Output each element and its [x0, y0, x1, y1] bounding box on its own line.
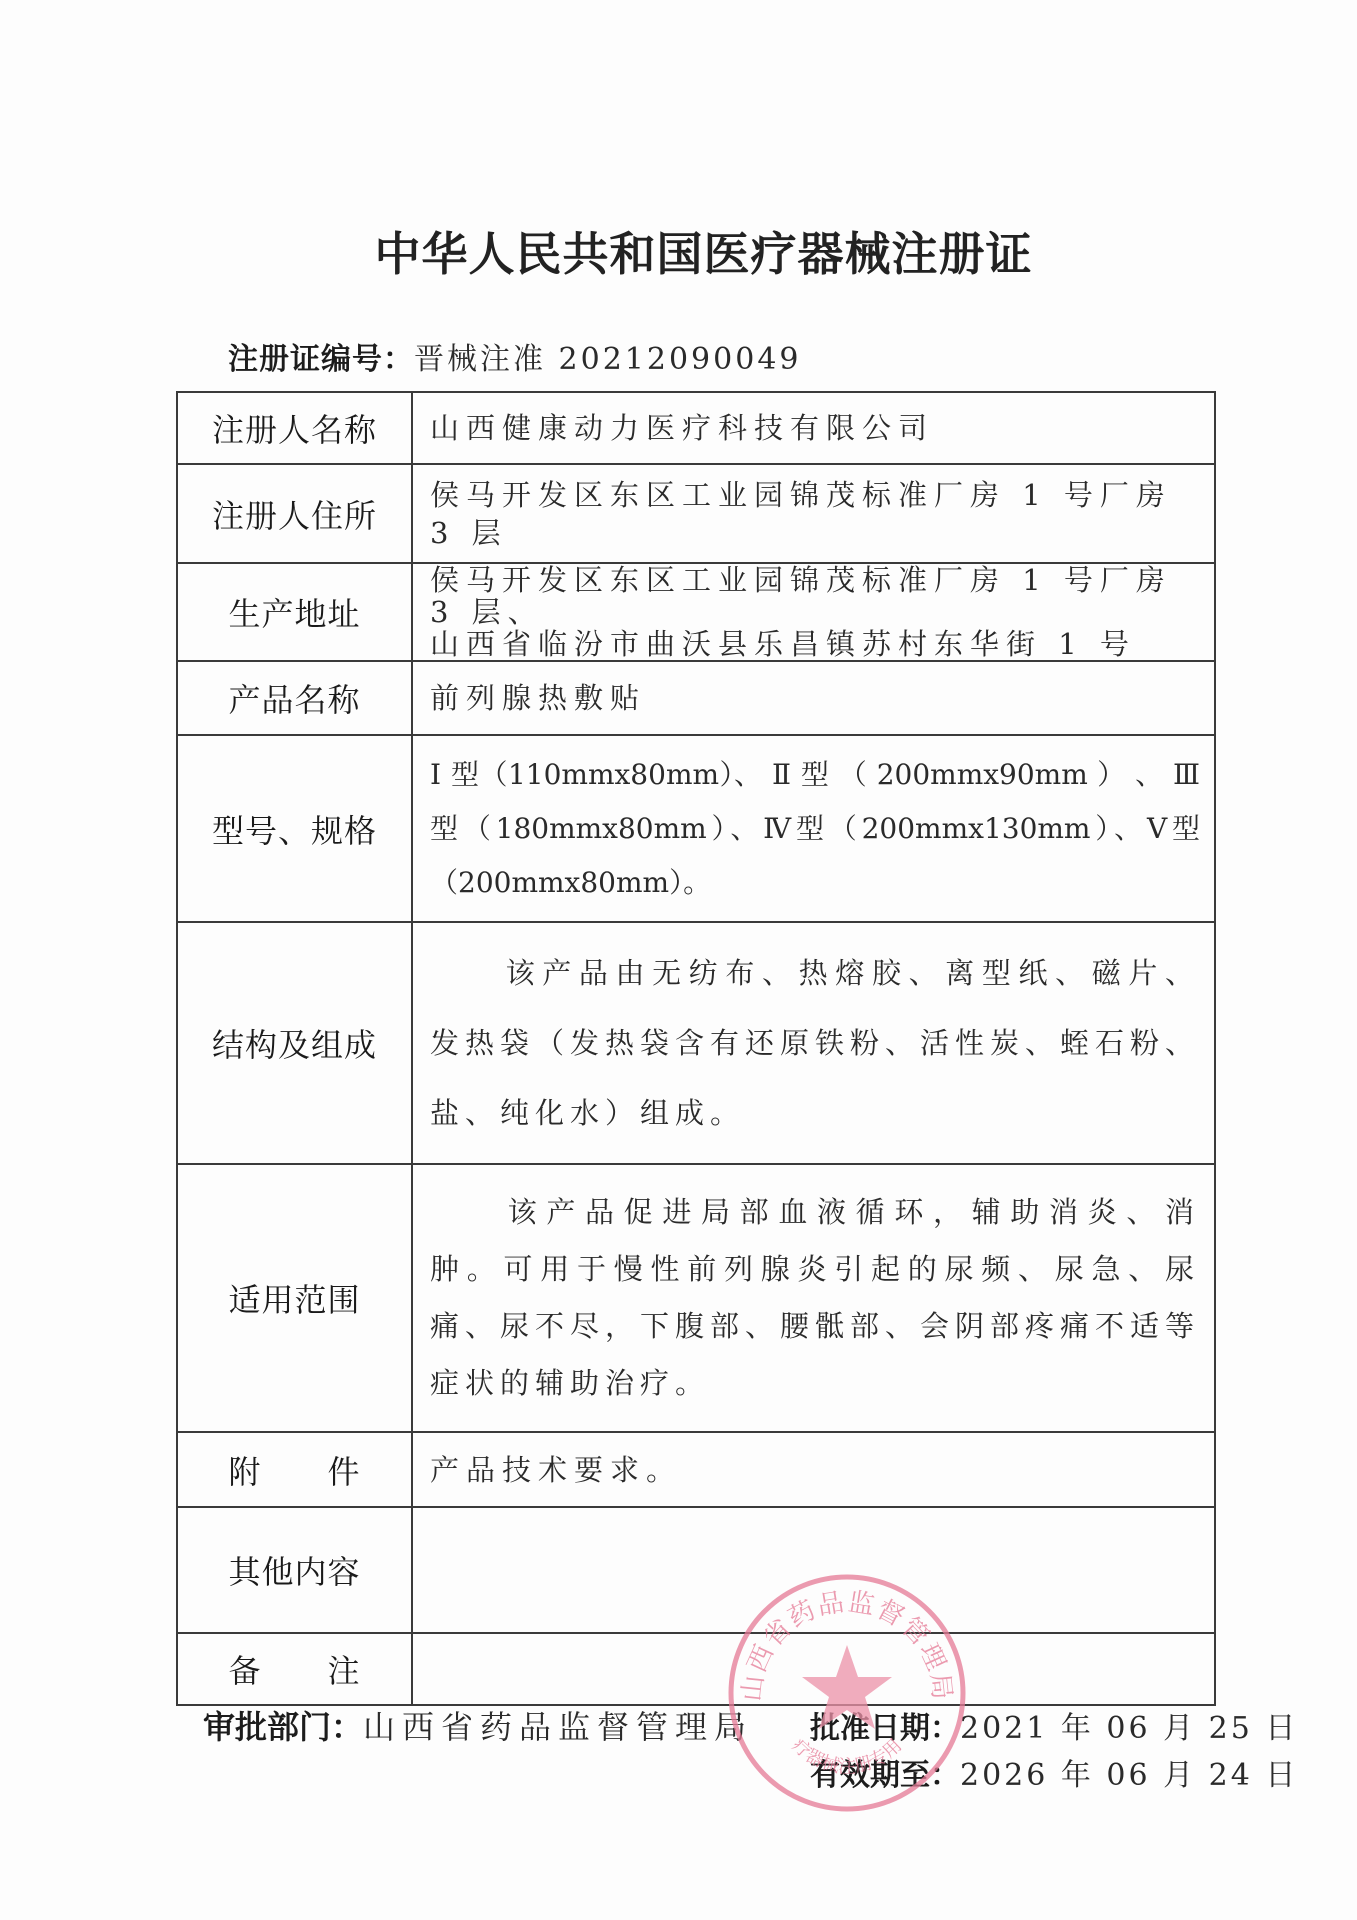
- row-label: 生产地址: [177, 563, 412, 661]
- registration-number: 注册证编号：晋械注准 20212090049: [228, 334, 802, 378]
- row-label: 型号、规格: [177, 735, 412, 922]
- approval-department-value: 山西省药品监督管理局: [363, 1708, 753, 1746]
- product-name-value: 前列腺热敷贴: [412, 661, 1215, 735]
- scope-of-application-value: 该产品促进局部血液循环，辅助消炎、消肿。可用于慢性前列腺炎引起的尿频、尿急、尿痛…: [412, 1164, 1215, 1432]
- attachment-value: 产品技术要求。: [412, 1432, 1215, 1507]
- approval-department-label: 审批部门：: [203, 1708, 363, 1746]
- approval-date-label: 批准日期：: [810, 1711, 960, 1746]
- certificate-page: 中华人民共和国医疗器械注册证 注册证编号：晋械注准 20212090049 注册…: [0, 0, 1357, 1920]
- row-label: 注册人住所: [177, 464, 412, 563]
- approval-department: 审批部门：山西省药品监督管理局: [203, 1702, 753, 1748]
- registrant-address-value: 侯马开发区东区工业园锦茂标准厂房 1 号厂房 3 层: [412, 464, 1215, 563]
- table-row: 附 件 产品技术要求。: [177, 1432, 1215, 1507]
- table-row: 其他内容: [177, 1507, 1215, 1633]
- row-label: 产品名称: [177, 661, 412, 735]
- table-row: 备 注: [177, 1633, 1215, 1705]
- table-row: 产品名称 前列腺热敷贴: [177, 661, 1215, 735]
- certificate-table: 注册人名称 山西健康动力医疗科技有限公司 注册人住所 侯马开发区东区工业园锦茂标…: [176, 391, 1216, 1706]
- scope-of-application-text: 该产品促进局部血液循环，辅助消炎、消肿。可用于慢性前列腺炎引起的尿频、尿急、尿痛…: [430, 1195, 1200, 1400]
- expiry-date-label: 有效期至：: [810, 1758, 960, 1793]
- approval-date-value: 2021 年 06 月 25 日: [960, 1711, 1298, 1746]
- table-row: 注册人住所 侯马开发区东区工业园锦茂标准厂房 1 号厂房 3 层: [177, 464, 1215, 563]
- table-row: 型号、规格 Ⅰ 型（110mmx80mm）、 Ⅱ 型 （ 200mmx90mm …: [177, 735, 1215, 922]
- expiry-date-value: 2026 年 06 月 24 日: [960, 1758, 1298, 1793]
- row-label: 结构及组成: [177, 922, 412, 1164]
- document-title: 中华人民共和国医疗器械注册证: [0, 218, 1357, 284]
- expiry-date: 有效期至：2026 年 06 月 24 日: [810, 1750, 1298, 1794]
- production-address-line: 山西省临汾市曲沃县乐昌镇苏村东华街 1 号: [430, 628, 1200, 660]
- table-row: 适用范围 该产品促进局部血液循环，辅助消炎、消肿。可用于慢性前列腺炎引起的尿频、…: [177, 1164, 1215, 1432]
- structure-composition-value: 该产品由无纺布、热熔胶、离型纸、磁片、发热袋（发热袋含有还原铁粉、活性炭、蛭石粉…: [412, 922, 1215, 1164]
- table-row: 注册人名称 山西健康动力医疗科技有限公司: [177, 392, 1215, 464]
- remarks-value: [412, 1633, 1215, 1705]
- structure-composition-text: 该产品由无纺布、热熔胶、离型纸、磁片、发热袋（发热袋含有还原铁粉、活性炭、蛭石粉…: [430, 956, 1200, 1130]
- production-address-line: 侯马开发区东区工业园锦茂标准厂房 1 号厂房 3 层、: [430, 564, 1200, 628]
- other-content-value: [412, 1507, 1215, 1633]
- row-label: 附 件: [177, 1432, 412, 1507]
- row-label: 其他内容: [177, 1507, 412, 1633]
- row-label: 注册人名称: [177, 392, 412, 464]
- approval-date: 批准日期：2021 年 06 月 25 日: [810, 1703, 1298, 1747]
- row-label: 适用范围: [177, 1164, 412, 1432]
- production-address-value: 侯马开发区东区工业园锦茂标准厂房 1 号厂房 3 层、 山西省临汾市曲沃县乐昌镇…: [412, 563, 1215, 661]
- model-spec-value: Ⅰ 型（110mmx80mm）、 Ⅱ 型 （ 200mmx90mm ） 、 Ⅲ …: [412, 735, 1215, 922]
- row-label: 备 注: [177, 1633, 412, 1705]
- registration-number-label: 注册证编号：: [228, 342, 414, 377]
- registrant-name-value: 山西健康动力医疗科技有限公司: [412, 392, 1215, 464]
- table-row: 结构及组成 该产品由无纺布、热熔胶、离型纸、磁片、发热袋（发热袋含有还原铁粉、活…: [177, 922, 1215, 1164]
- table-row: 生产地址 侯马开发区东区工业园锦茂标准厂房 1 号厂房 3 层、 山西省临汾市曲…: [177, 563, 1215, 661]
- registration-number-value: 晋械注准 20212090049: [414, 342, 802, 377]
